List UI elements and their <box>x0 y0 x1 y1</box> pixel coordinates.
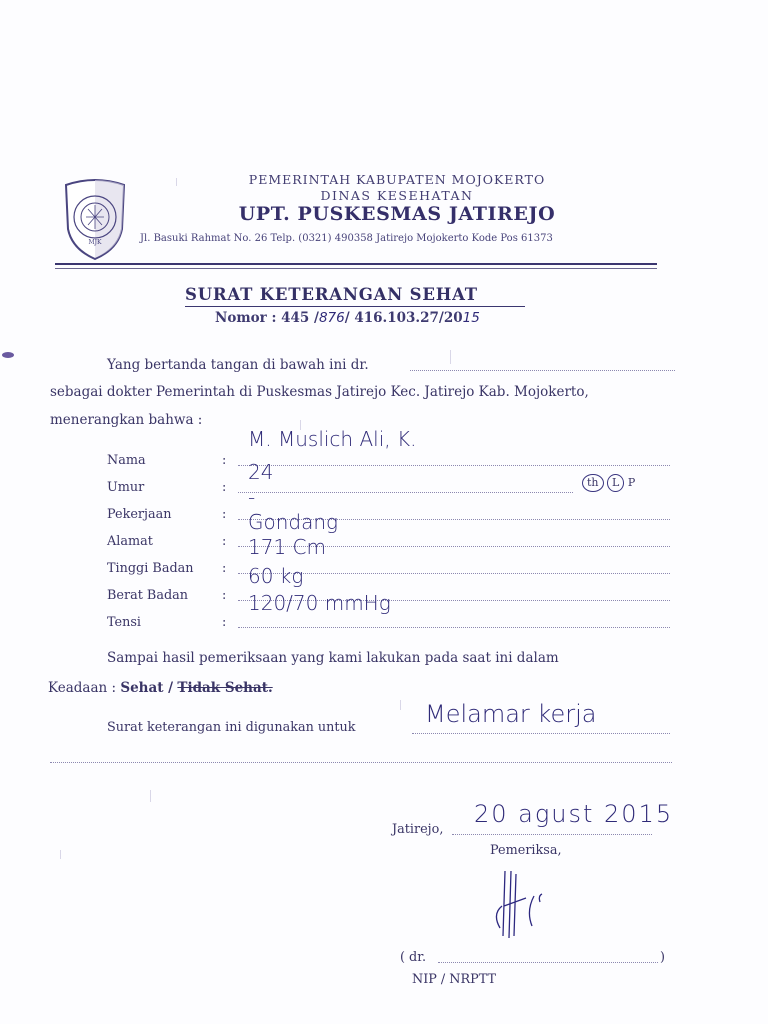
letterhead-rule <box>55 263 657 265</box>
header-department: DINAS KESEHATAN <box>222 188 572 203</box>
date-field-line <box>452 834 652 835</box>
field-value[interactable]: Gondang <box>248 510 338 534</box>
field-value[interactable]: 120/70 mmHg <box>248 591 391 615</box>
purpose-field-line-2 <box>50 762 672 763</box>
intro-line-1: Yang bertanda tangan di bawah ini dr. <box>107 357 369 373</box>
field-colon: : <box>222 588 226 603</box>
unit-th[interactable]: th <box>582 474 604 492</box>
date-value[interactable]: 20 agust 2015 <box>474 800 673 828</box>
age-unit-gender-markers: th L P <box>582 474 635 492</box>
purpose-label: Surat keterangan ini digunakan untuk <box>107 720 356 735</box>
doctor-label: ( dr. <box>400 950 426 965</box>
nomor-handwritten: 876 <box>319 310 345 326</box>
condition-line: Keadaan : Sehat / Tidak Sehat. <box>48 680 273 696</box>
field-colon: : <box>222 534 226 549</box>
svg-text:MJK: MJK <box>88 239 102 246</box>
field-line <box>238 492 573 493</box>
document-title: SURAT KETERANGAN SEHAT <box>185 285 478 304</box>
examiner-label: Pemeriksa, <box>490 843 562 858</box>
result-line-1: Sampai hasil pemeriksaan yang kami lakuk… <box>107 650 559 666</box>
nip-label: NIP / NRPTT <box>412 972 496 987</box>
field-label: Umur <box>107 480 144 495</box>
field-label: Tinggi Badan <box>107 561 194 576</box>
option-tidak-sehat[interactable]: Tidak Sehat. <box>177 680 272 696</box>
field-label: Tensi <box>107 615 141 630</box>
field-value[interactable]: - <box>248 485 255 509</box>
scan-artifact <box>150 790 151 802</box>
field-label: Pekerjaan <box>107 507 172 522</box>
regency-emblem-icon: MJK <box>62 177 128 261</box>
letterhead-rule-thin <box>55 268 657 269</box>
header-institution: UPT. PUSKESMAS JATIREJO <box>222 203 572 225</box>
doctor-close-paren: ) <box>660 950 665 965</box>
doctor-name-field[interactable] <box>410 370 675 371</box>
scan-artifact <box>60 850 61 859</box>
field-label: Alamat <box>107 534 153 549</box>
scan-artifact <box>176 178 177 186</box>
header-government: PEMERINTAH KABUPATEN MOJOKERTO <box>222 172 572 187</box>
place-label: Jatirejo, <box>392 822 443 837</box>
title-underline <box>185 306 525 307</box>
purpose-value[interactable]: Melamar kerja <box>425 700 596 728</box>
field-colon: : <box>222 615 226 630</box>
field-colon: : <box>222 507 226 522</box>
doctor-signature-name-field[interactable] <box>438 962 658 963</box>
field-value[interactable]: M. Muslich Ali, K. <box>248 427 416 451</box>
scan-artifact <box>450 350 451 364</box>
intro-line-2: sebagai dokter Pemerintah di Puskesmas J… <box>50 384 589 400</box>
option-sehat[interactable]: Sehat / <box>120 680 173 696</box>
field-value[interactable]: 171 Cm <box>248 535 326 559</box>
ink-blot <box>2 352 14 358</box>
intro-line-3: menerangkan bahwa : <box>50 412 202 428</box>
field-colon: : <box>222 561 226 576</box>
field-value[interactable]: 60 kg <box>248 564 303 588</box>
keadaan-label: Keadaan : <box>48 680 116 696</box>
nomor-mid: / 416.103.27/20 <box>345 310 463 326</box>
field-colon: : <box>222 480 226 495</box>
gender-p[interactable]: P <box>628 476 635 489</box>
nomor-label: Nomor : 445 / <box>215 310 319 326</box>
header-address: Jl. Basuki Rahmat No. 26 Telp. (0321) 49… <box>140 233 700 244</box>
field-colon: : <box>222 453 226 468</box>
document-number: Nomor : 445 /876/ 416.103.27/2015 <box>215 310 480 326</box>
purpose-field-line <box>412 733 670 734</box>
nomor-year-handwritten: 15 <box>463 310 480 326</box>
gender-l[interactable]: L <box>607 474 624 492</box>
signature-scribble <box>490 866 590 946</box>
field-value[interactable]: 24 <box>248 460 273 484</box>
field-line <box>238 627 670 628</box>
scan-artifact <box>400 700 401 710</box>
field-label: Berat Badan <box>107 588 188 603</box>
field-label: Nama <box>107 453 146 468</box>
field-line <box>238 465 670 466</box>
